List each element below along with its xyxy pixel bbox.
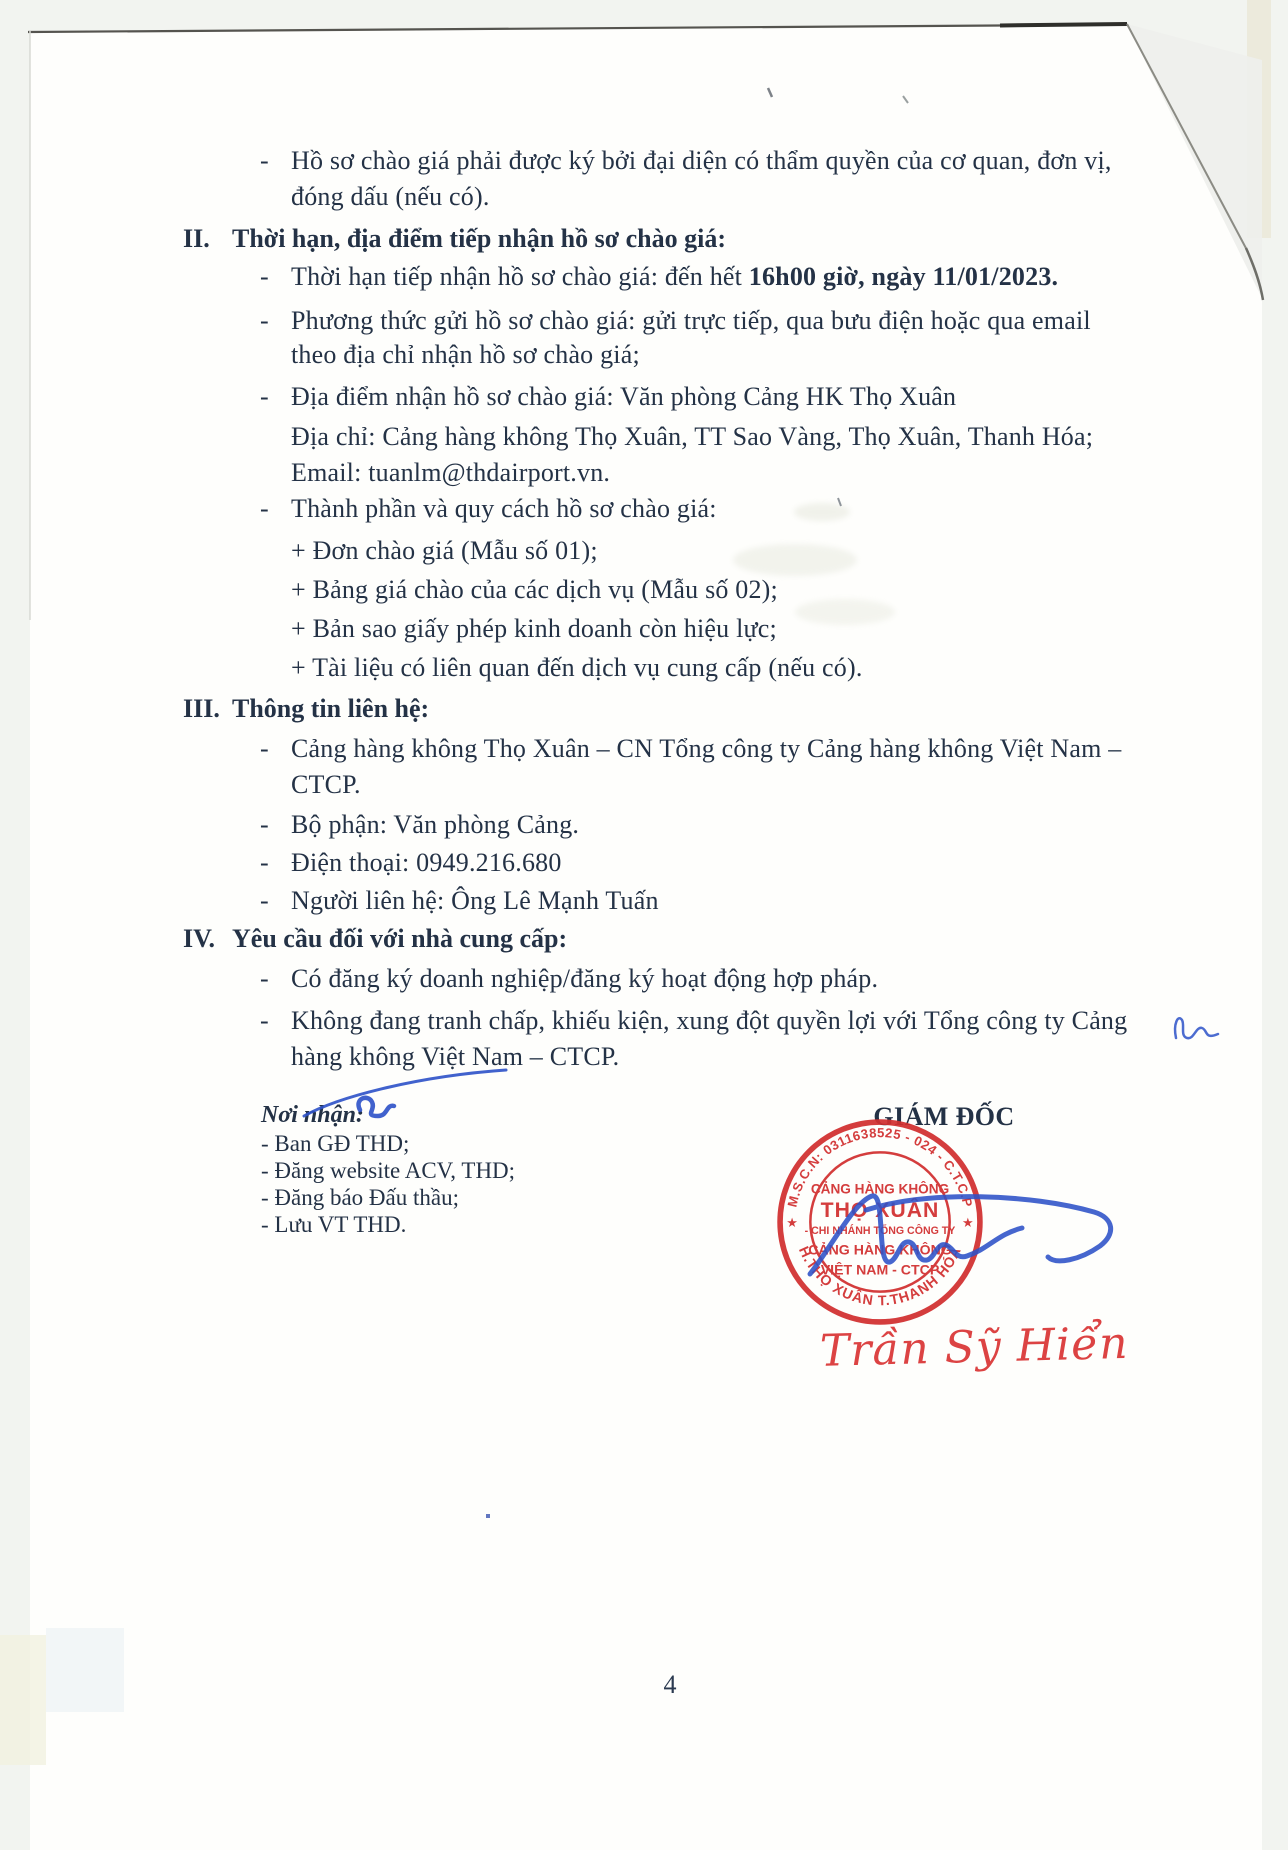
s2-item-3-line-3: Email: tuanlm@thdairport.vn. bbox=[291, 456, 1175, 490]
s4-item-2-line-1: - Không đang tranh chấp, khiếu kiện, xun… bbox=[291, 1004, 1175, 1038]
s3-item-1-line-1: - Cảng hàng không Thọ Xuân – CN Tổng côn… bbox=[291, 732, 1175, 766]
s2-item-2-line-2: theo địa chỉ nhận hồ sơ chào giá; bbox=[291, 338, 1175, 372]
s4-item-1: - Có đăng ký doanh nghiệp/đăng ký hoạt đ… bbox=[291, 962, 1175, 996]
s3-item-2: - Bộ phận: Văn phòng Cảng. bbox=[291, 808, 1175, 842]
s3-item-1-text-2: CTCP. bbox=[291, 770, 361, 799]
s2-plus-4-text: + Tài liệu có liên quan đến dịch vụ cung… bbox=[291, 653, 863, 682]
intro-line-2: đóng dấu (nếu có). bbox=[291, 180, 1175, 214]
page-number: 4 bbox=[630, 1670, 710, 1700]
s2-plus-3: + Bản sao giấy phép kinh doanh còn hiệu … bbox=[291, 612, 1175, 646]
s3-item-4: - Người liên hệ: Ông Lê Mạnh Tuấn bbox=[291, 884, 1175, 918]
s2-item-1: - Thời hạn tiếp nhận hồ sơ chào giá: đến… bbox=[291, 260, 1175, 294]
s2-plus-3-text: + Bản sao giấy phép kinh doanh còn hiệu … bbox=[291, 614, 777, 643]
s2-item-3-line-2: Địa chỉ: Cảng hàng không Thọ Xuân, TT Sa… bbox=[291, 420, 1175, 454]
bullet-dash: - bbox=[260, 492, 269, 526]
section-3-title: Thông tin liên hệ: bbox=[232, 694, 429, 723]
bullet-dash: - bbox=[260, 884, 269, 918]
s2-plus-4: + Tài liệu có liên quan đến dịch vụ cung… bbox=[291, 651, 1175, 685]
section-4-title: Yêu cầu đối với nhà cung cấp: bbox=[232, 924, 567, 953]
s3-item-3-text: Điện thoại: 0949.216.680 bbox=[291, 848, 562, 877]
section-4-numeral: IV. bbox=[183, 922, 232, 956]
document-body: - Hồ sơ chào giá phải được ký bởi đại di… bbox=[0, 0, 1288, 1850]
intro-text-1: Hồ sơ chào giá phải được ký bởi đại diện… bbox=[291, 146, 1112, 175]
bullet-dash: - bbox=[260, 962, 269, 996]
margin-initials-ink bbox=[1168, 1008, 1228, 1048]
intro-text-2: đóng dấu (nếu có). bbox=[291, 182, 490, 211]
bullet-dash: - bbox=[260, 732, 269, 766]
s2-plus-2: + Bảng giá chào của các dịch vụ (Mẫu số … bbox=[291, 573, 1175, 607]
recipient-item: - Lưu VT THD. bbox=[261, 1211, 591, 1238]
bullet-dash: - bbox=[260, 304, 269, 338]
s2-item-4: - Thành phần và quy cách hồ sơ chào giá: bbox=[291, 492, 1175, 526]
pen-swoosh-ink bbox=[290, 1058, 520, 1128]
bullet-dash: - bbox=[260, 846, 269, 880]
bullet-dash: - bbox=[260, 380, 269, 414]
section-2-numeral: II. bbox=[183, 222, 232, 256]
s4-item-1-text: Có đăng ký doanh nghiệp/đăng ký hoạt độn… bbox=[291, 964, 878, 993]
s2-plus-1-text: + Đơn chào giá (Mẫu số 01); bbox=[291, 536, 598, 565]
s3-item-3: - Điện thoại: 0949.216.680 bbox=[291, 846, 1175, 880]
recipient-item: - Ban GĐ THD; bbox=[261, 1130, 591, 1157]
section-3-numeral: III. bbox=[183, 692, 232, 726]
s3-item-4-text: Người liên hệ: Ông Lê Mạnh Tuấn bbox=[291, 886, 659, 915]
section-2-heading: II.Thời hạn, địa điểm tiếp nhận hồ sơ ch… bbox=[183, 222, 1173, 256]
s2-item-1-text: Thời hạn tiếp nhận hồ sơ chào giá: đến h… bbox=[291, 262, 749, 291]
section-2-title: Thời hạn, địa điểm tiếp nhận hồ sơ chào … bbox=[232, 224, 726, 253]
s2-item-3-line-1: - Địa điểm nhận hồ sơ chào giá: Văn phòn… bbox=[291, 380, 1175, 414]
s2-item-3-text-3: Email: tuanlm@thdairport.vn. bbox=[291, 458, 610, 487]
s2-plus-2-text: + Bảng giá chào của các dịch vụ (Mẫu số … bbox=[291, 575, 778, 604]
s2-item-3-text-2: Địa chỉ: Cảng hàng không Thọ Xuân, TT Sa… bbox=[291, 422, 1093, 451]
recipient-item: - Đăng website ACV, THD; bbox=[261, 1157, 591, 1184]
s3-item-2-text: Bộ phận: Văn phòng Cảng. bbox=[291, 810, 579, 839]
s4-item-2-text-1: Không đang tranh chấp, khiếu kiện, xung … bbox=[291, 1006, 1127, 1035]
section-4-heading: IV.Yêu cầu đối với nhà cung cấp: bbox=[183, 922, 1173, 956]
bullet-dash: - bbox=[260, 144, 269, 178]
bullet-dash: - bbox=[260, 260, 269, 294]
s2-item-2-text-2: theo địa chỉ nhận hồ sơ chào giá; bbox=[291, 340, 640, 369]
bullet-dash: - bbox=[260, 808, 269, 842]
s2-item-2-line-1: - Phương thức gửi hồ sơ chào giá: gửi tr… bbox=[291, 304, 1175, 338]
s3-item-1-text-1: Cảng hàng không Thọ Xuân – CN Tổng công … bbox=[291, 734, 1121, 763]
recipient-item: - Đăng báo Đấu thầu; bbox=[261, 1184, 591, 1211]
s2-plus-1: + Đơn chào giá (Mẫu số 01); bbox=[291, 534, 1175, 568]
intro-line-1: - Hồ sơ chào giá phải được ký bởi đại di… bbox=[291, 144, 1175, 178]
signature-ink bbox=[770, 1150, 1140, 1310]
s2-item-3-text-1: Địa điểm nhận hồ sơ chào giá: Văn phòng … bbox=[291, 382, 956, 411]
bullet-dash: - bbox=[260, 1004, 269, 1038]
s3-item-1-line-2: CTCP. bbox=[291, 768, 1175, 802]
s2-item-1-deadline: 16h00 giờ, ngày 11/01/2023. bbox=[749, 262, 1058, 291]
s2-item-2-text-1: Phương thức gửi hồ sơ chào giá: gửi trực… bbox=[291, 306, 1091, 335]
section-3-heading: III.Thông tin liên hệ: bbox=[183, 692, 1173, 726]
scanned-page: - Hồ sơ chào giá phải được ký bởi đại di… bbox=[0, 0, 1288, 1850]
s2-item-4-text: Thành phần và quy cách hồ sơ chào giá: bbox=[291, 494, 717, 523]
